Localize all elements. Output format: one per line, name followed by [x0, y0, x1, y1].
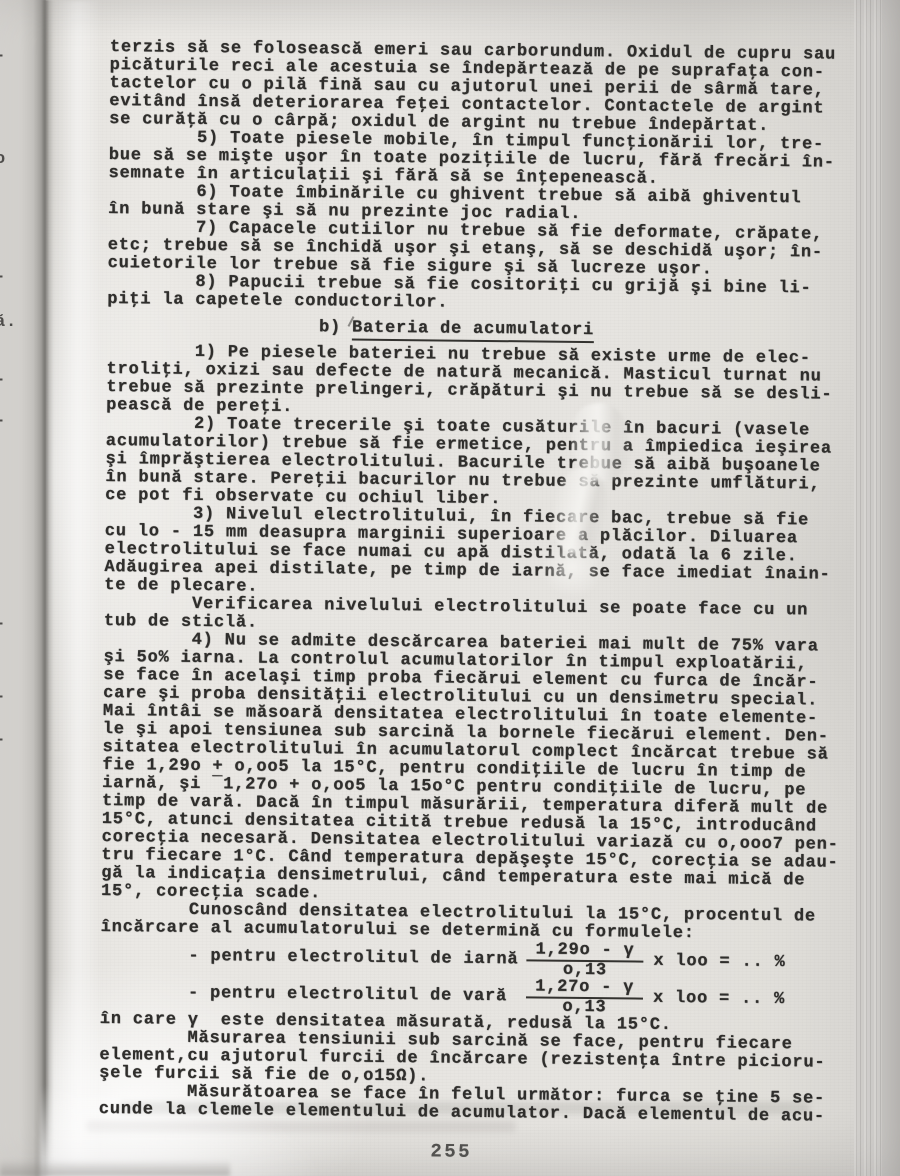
edge-cutoff-character: - — [0, 615, 6, 634]
scanned-page: terzis să se folosească emeri sau carbor… — [0, 0, 900, 1176]
edge-cutoff-character: - — [0, 688, 6, 707]
typewritten-text: terzis să se folosească emeri sau carbor… — [99, 39, 862, 1127]
heading-prefix: b) — [319, 318, 352, 337]
edge-cutoff-character: - — [0, 731, 6, 750]
edge-cutoff-character: - — [0, 268, 6, 287]
formula-suffix: x loo = .. % — [653, 952, 785, 971]
binding-fold-shadow — [41, 0, 54, 1176]
fraction-denominator: o,13 — [526, 961, 643, 979]
text-block: terzis să se folosească emeri sau carbor… — [98, 39, 862, 1171]
formula-suffix: x loo = .. % — [653, 989, 785, 1008]
binding-edge — [0, 0, 46, 1176]
edge-cutoff-character: - — [0, 412, 6, 431]
edge-cutoff-character: - — [0, 47, 6, 66]
edge-cutoff-character: - — [0, 371, 6, 390]
edge-cutoff-character: ă. — [0, 313, 17, 332]
fraction-denominator: o,13 — [526, 998, 643, 1016]
fraction-numerator: 1,27o - γ — [526, 979, 643, 999]
right-edge-shadow — [882, 0, 900, 1176]
heading-title-underlined: Bateria de acumulatori — [352, 319, 594, 344]
edge-cutoff-character: o — [0, 150, 6, 169]
fraction-numerator: 1,29o - γ — [526, 942, 643, 962]
section-heading: b) Bateria de acumulatori — [107, 317, 859, 345]
fraction: 1,29o - γo,13 — [526, 942, 643, 979]
formula-prefix: - pentru electrolitul de vară — [100, 983, 518, 1005]
formula-prefix: - pentru electrolitul de iarnă — [100, 946, 518, 968]
fold-highlight — [54, 0, 102, 1176]
fraction: 1,27o - γo,13 — [526, 979, 643, 1016]
